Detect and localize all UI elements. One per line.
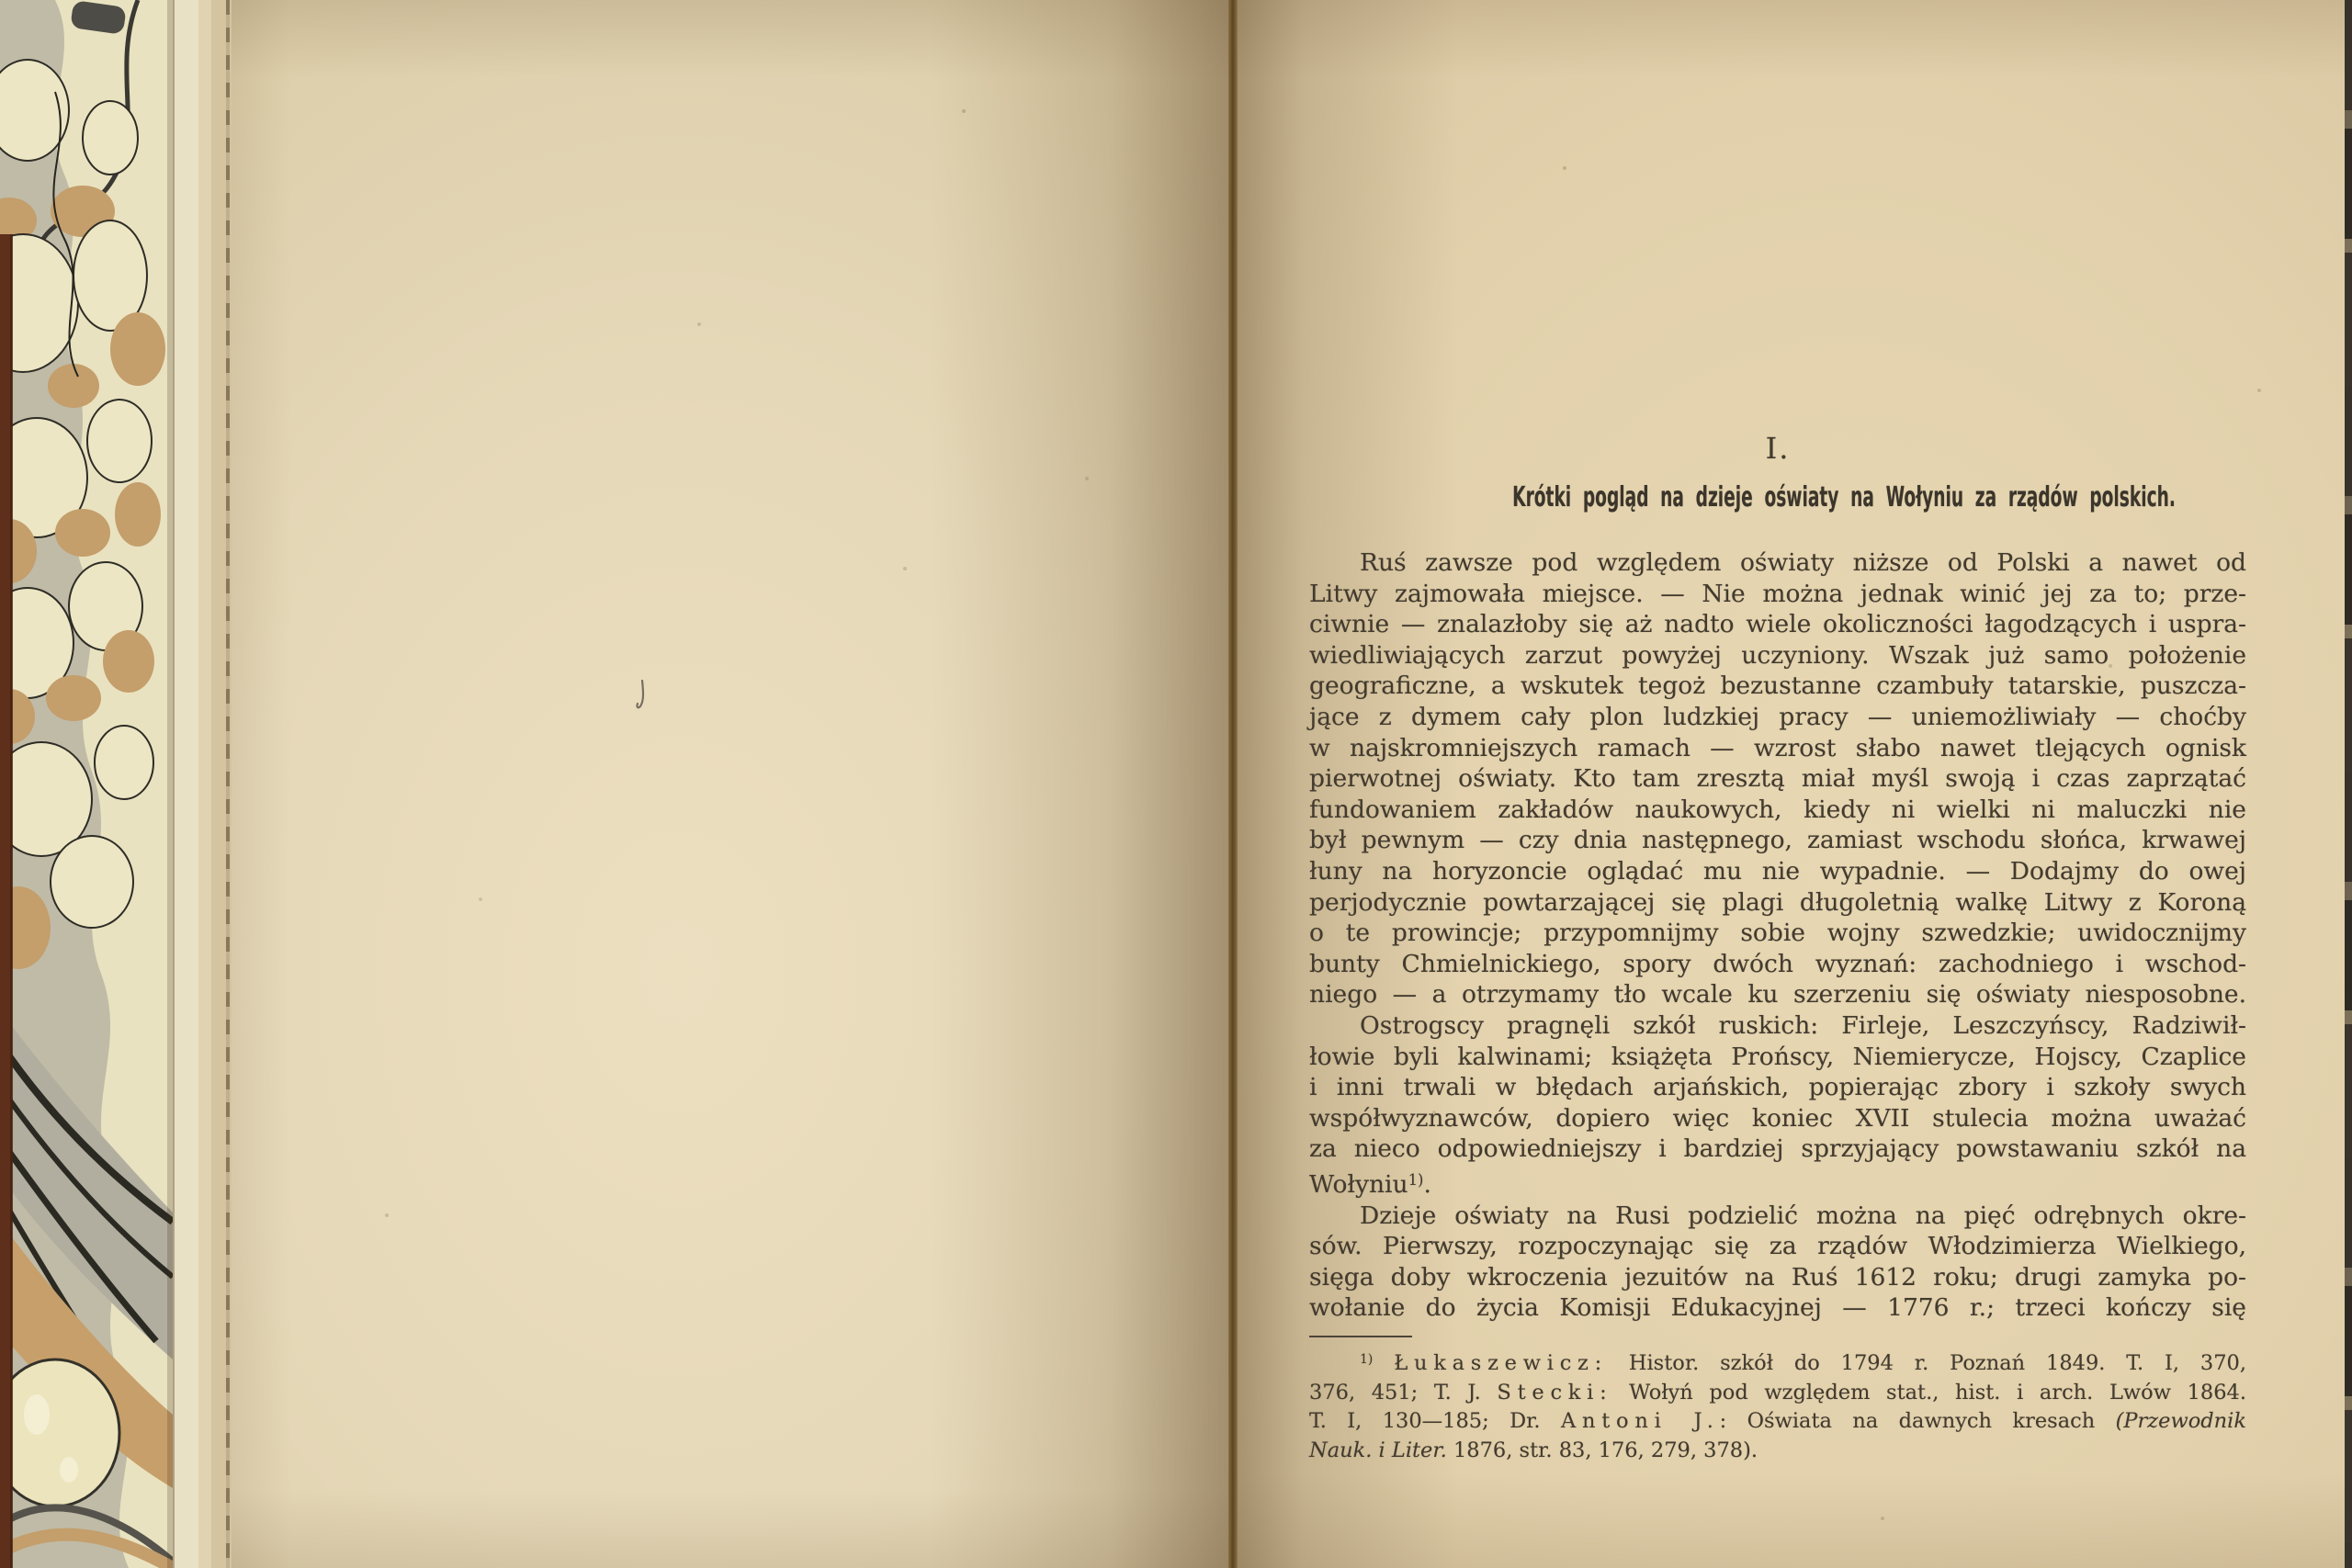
text-line: Dzieje oświaty na Rusi podzielić można n…: [1309, 1201, 2246, 1232]
text-line: Ostrogscy pragnęli szkół ruskich: Firlej…: [1309, 1010, 2246, 1042]
text-line: T. I, 130—185; Dr. Antoni J.: Oświata na…: [1309, 1407, 2246, 1437]
chapter-title-row: Krótki pogląd na dzieje oświaty na Wołyn…: [1309, 479, 2246, 516]
footnote-separator: [1309, 1336, 1412, 1337]
text-line: Litwy zajmowała miejsce. — Nie można jed…: [1309, 579, 2246, 610]
right-page: I. Krótki pogląd na dzieje oświaty na Wo…: [1238, 0, 2345, 1568]
text-line: niego — a otrzymamy tło wcale ku szerzen…: [1309, 979, 2246, 1010]
text-segment: 376, 451; T. J.: [1309, 1381, 1497, 1404]
text-segment: Nauk. i Liter.: [1309, 1438, 1447, 1462]
text-segment: T. I, 130—185; Dr.: [1309, 1409, 1561, 1433]
ink-mark-graphic: [634, 680, 647, 713]
text-segment: Wołyniu: [1309, 1170, 1408, 1199]
text-segment: [1373, 1351, 1394, 1375]
chapter-title: Krótki pogląd na dzieje oświaty na Wołyn…: [1512, 479, 2176, 516]
paragraph: Ruś zawsze pod względem oświaty niższe o…: [1309, 547, 2246, 1010]
book-gutter: [1228, 0, 1238, 1568]
text-line: sów. Pierwszy, rozpoczynając się za rząd…: [1309, 1231, 2246, 1262]
right-fore-edge: [2345, 0, 2352, 1568]
text-segment: Łukaszewicz:: [1394, 1351, 1608, 1375]
chapter-number: I.: [1309, 430, 2246, 467]
text-line: wołanie do życia Komisji Edukacyjnej — 1…: [1309, 1292, 2246, 1324]
marbled-cover-edge: [0, 0, 173, 1568]
marbling-graphic: [0, 0, 173, 1568]
text-segment: 1): [1408, 1171, 1424, 1189]
text-line: geograficzne, a wskutek tegoż bezustanne…: [1309, 671, 2246, 702]
text-line: 1) Łukaszewicz: Histor. szkół do 1794 r.…: [1309, 1346, 2246, 1378]
text-line: za nieco odpowiedniejszy i bardziej sprz…: [1309, 1134, 2246, 1165]
text-line: łuny na horyzoncie oglądać mu nie wypadn…: [1309, 856, 2246, 887]
paragraph: Ostrogscy pragnęli szkół ruskich: Firlej…: [1309, 1010, 2246, 1201]
paragraph: Dzieje oświaty na Rusi podzielić można n…: [1309, 1201, 2246, 1324]
text-segment: .: [1423, 1170, 1430, 1199]
text-segment: Stecki:: [1497, 1381, 1612, 1404]
text-segment: Antoni J.: [1561, 1409, 1720, 1433]
text-segment: 1): [1360, 1352, 1373, 1367]
text-line: o te prowincje; przypomnijmy sobie wojny…: [1309, 918, 2246, 949]
text-line: bunty Chmielnickiego, spory dwóch wyznań…: [1309, 949, 2246, 980]
text-line: jące z dymem cały plon ludzkiej pracy — …: [1309, 702, 2246, 733]
stain-mark: [634, 680, 647, 716]
text-line: w najskromniejszych ramach — wzrost słab…: [1309, 733, 2246, 764]
text-line: 376, 451; T. J. Stecki: Wołyń pod względ…: [1309, 1379, 2246, 1408]
text-segment: Histor. szkół do 1794 r. Poznań 1849. T.…: [1608, 1351, 2246, 1375]
text-line: sięga doby wkroczenia jezuitów na Ruś 16…: [1309, 1262, 2246, 1293]
text-line: pierwotnej oświaty. Kto tam zresztą miał…: [1309, 763, 2246, 795]
text-line: łowie byli kalwinami; książęta Prońscy, …: [1309, 1042, 2246, 1073]
text-line: był pewnym — czy dnia następnego, zamias…: [1309, 825, 2246, 856]
text-line: Nauk. i Liter. 1876, str. 83, 176, 279, …: [1309, 1437, 2246, 1466]
text-segment: Wołyń pod względem stat., hist. i arch. …: [1612, 1381, 2246, 1404]
text-segment: (Przewodnik: [2116, 1409, 2246, 1433]
text-line: współwyznawców, dopiero więc koniec XVII…: [1309, 1103, 2246, 1134]
text-line: Ruś zawsze pod względem oświaty niższe o…: [1309, 547, 2246, 579]
text-line: Wołyniu1).: [1309, 1165, 2246, 1201]
book-spread-photo: I. Krótki pogląd na dzieje oświaty na Wo…: [0, 0, 2352, 1568]
text-line: i inni trwali w błędach arjańskich, popi…: [1309, 1072, 2246, 1103]
left-page-blank: [232, 0, 1228, 1568]
page-edge-crease: [226, 0, 230, 1568]
text-segment: 1876, str. 83, 176, 279, 378).: [1447, 1438, 1758, 1462]
printed-text-block: I. Krótki pogląd na dzieje oświaty na Wo…: [1309, 430, 2246, 1465]
text-line: perjodycznie powtarzającej się plagi dłu…: [1309, 887, 2246, 919]
body-text: Ruś zawsze pod względem oświaty niższe o…: [1309, 547, 2246, 1324]
text-line: ciwnie — znalazłoby się aż nadto wiele o…: [1309, 609, 2246, 640]
text-line: wiedliwiających zarzut powyżej uczyniony…: [1309, 640, 2246, 671]
footnote: 1) Łukaszewicz: Histor. szkół do 1794 r.…: [1309, 1346, 2246, 1465]
page-edges-stack: [173, 0, 232, 1568]
text-segment: : Oświata na dawnych kresach: [1720, 1409, 2116, 1433]
text-line: fundowaniem zakładów naukowych, kiedy ni…: [1309, 795, 2246, 826]
